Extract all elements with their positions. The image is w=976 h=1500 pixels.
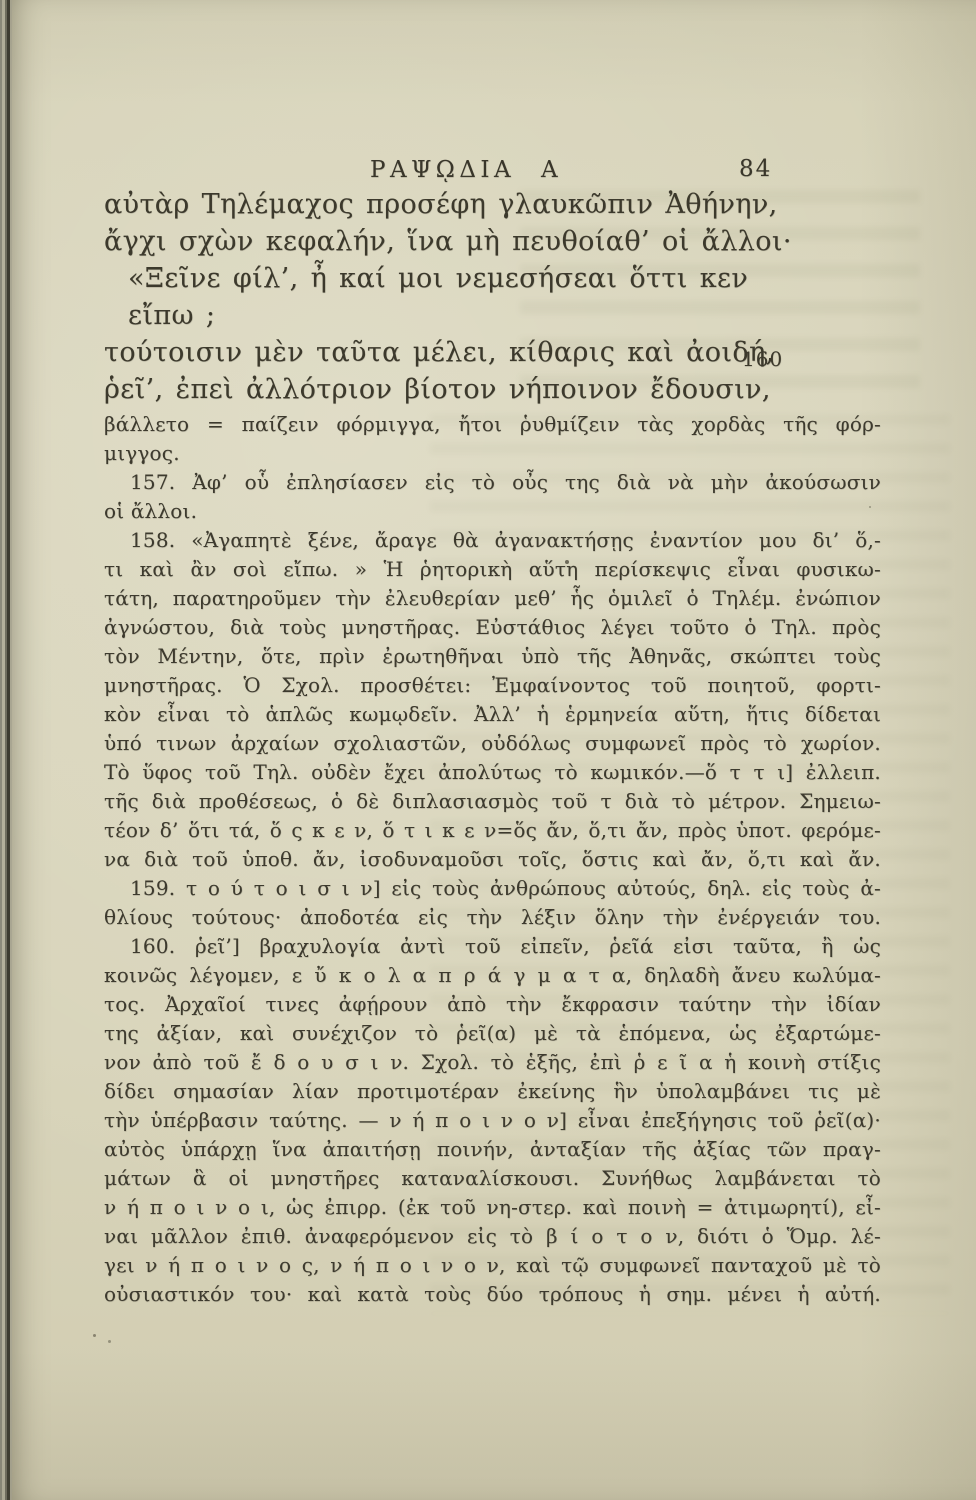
commentary-line: τὴν ὑπέρβασιν ταύτης. — ν ή π ο ι ν ο ν]… [104,1106,881,1135]
commentary-line: τος. Ἀρχαῖοί τινες ἀφῄρουν ἀπὸ τὴν ἔκφρα… [104,990,881,1019]
commentary-line: ἀγνώστου, διὰ τοὺς μνηστῆρας. Εὐστάθιος … [104,613,881,642]
commentary-line: Τὸ ὕφος τοῦ Τηλ. οὐδὲν ἔχει ἀπολύτως τὸ … [104,758,881,787]
commentary-line: τέον δ’ ὅτι τά, ὅ ς κ ε ν, ὅ τ ι κ ε ν=ὅ… [104,816,881,845]
commentary-line: οὐσιαστικόν του· καὶ κατὰ τοὺς δύο τρόπο… [104,1280,881,1309]
commentary-line: μάτων ἃ οἱ μνηστῆρες καταναλίσκουσι. Συν… [104,1164,881,1193]
commentary-line: τὸν Μέντην, ὅτε, πρὶν ἐρωτηθῆναι ὑπὸ τῆς… [104,642,881,671]
commentary-line: δίδει σημασίαν λίαν προτιμοτέραν ἐκείνης… [104,1077,881,1106]
verse-block: αὐτὰρ Τηλέμαχος προσέφη γλαυκῶπιν Ἀθήνην… [104,186,804,408]
commentary-line: τάτη, παρατηροῦμεν τὴν ἐλευθερίαν μεθ’ ἧ… [104,584,881,613]
verse-line: «Ξεῖνε φίλ’, ἦ καί μοι νεμεσήσεαι ὅττι κ… [104,260,804,334]
book-page-scan: ΡΑΨῼΔΙΑ Α 84 αὐτὰρ Τηλέμαχος προσέφη γλα… [0,0,976,1500]
commentary-line: τῆς διὰ προθέσεως, ὁ δὲ διπλασιασμὸς τοῦ… [104,787,881,816]
page-number: 84 [739,156,772,182]
commentary-line: τι καὶ ἂν σοὶ εἴπω. » Ἡ ῥητορικὴ αὕτη πε… [104,555,881,584]
ink-speck [93,1334,96,1337]
commentary-line: να διὰ τοῦ ὑποθ. ἄν, ἰσοδυναμοῦσι τοῖς, … [104,845,881,874]
commentary-line: γει ν ή π ο ι ν ο ς, ν ή π ο ι ν ο ν, κα… [104,1251,881,1280]
ink-speck [108,1340,111,1343]
commentary-line: κοινῶς λέγομεν, ε ὔ κ ο λ α π ρ ά γ μ α … [104,961,881,990]
commentary-line: μνηστῆρας. Ὁ Σχολ. προσθέτει: Ἐμφαίνοντο… [104,671,881,700]
commentary-line: 160. ῥεῖ’] βραχυλογία ἀντὶ τοῦ εἰπεῖν, ῥ… [104,932,881,961]
chapter-title: ΡΑΨῼΔΙΑ Α [370,157,562,183]
commentary-line: θλίους τούτους· ἀποδοτέα εἰς τὴν λέξιν ὅ… [104,903,881,932]
verse-line: ἄγχι σχὼν κεφαλήν, ἵνα μὴ πευθοίαθ’ οἱ ἄ… [104,223,804,260]
commentary-line: 158. «Ἀγαπητὲ ξένε, ἄραγε θὰ ἀγανακτήσῃς… [104,526,881,555]
commentary-line: βάλλετο = παίζειν φόρμιγγα, ἤτοι ῥυθμίζε… [104,410,881,439]
page-left-binding-edge [0,0,13,1500]
commentary-line: ὑπό τινων ἀρχαίων σχολιαστῶν, οὐδόλως συ… [104,729,881,758]
commentary-line: ν ή π ο ι ν ο ι, ὡς ἐπιρρ. (ἐκ τοῦ νη-στ… [104,1193,881,1222]
commentary-line: οἱ ἄλλοι. [104,497,881,526]
verse-line: ῥεῖ’, ἐπεὶ ἀλλότριον βίοτον νήποινον ἔδο… [104,371,804,408]
verse-line: αὐτὰρ Τηλέμαχος προσέφη γλαυκῶπιν Ἀθήνην… [104,186,804,223]
commentary-line: μιγγος. [104,439,881,468]
commentary-line: κὸν εἶναι τὸ ἁπλῶς κωμῳδεῖν. Ἀλλ’ ἡ ἑρμη… [104,700,881,729]
commentary-block: βάλλετο = παίζειν φόρμιγγα, ἤτοι ῥυθμίζε… [104,410,881,1309]
commentary-line: 159. τ ο ύ τ ο ι σ ι ν] εἰς τοὺς ἀνθρώπο… [104,874,881,903]
commentary-line: ναι μᾶλλον ἐπιθ. ἀναφερόμενον εἰς τὸ β ί… [104,1222,881,1251]
commentary-line: νον ἀπὸ τοῦ ἔ δ ο υ σ ι ν. Σχολ. τὸ ἑξῆς… [104,1048,881,1077]
verse-line: τούτοισιν μὲν ταῦτα μέλει, κίθαρις καὶ ἀ… [104,334,804,371]
commentary-line: της ἀξίαν, καὶ συνέχιζον τὸ ῥεῖ(α) μὲ τὰ… [104,1019,881,1048]
verse-line-number: 160 [742,347,783,371]
commentary-line: 157. Ἀφ’ οὗ ἐπλησίασεν εἰς τὸ οὖς της δι… [104,468,881,497]
commentary-line: αὐτὸς ὑπάρχῃ ἵνα ἀπαιτήσῃ ποινήν, ἀνταξί… [104,1135,881,1164]
